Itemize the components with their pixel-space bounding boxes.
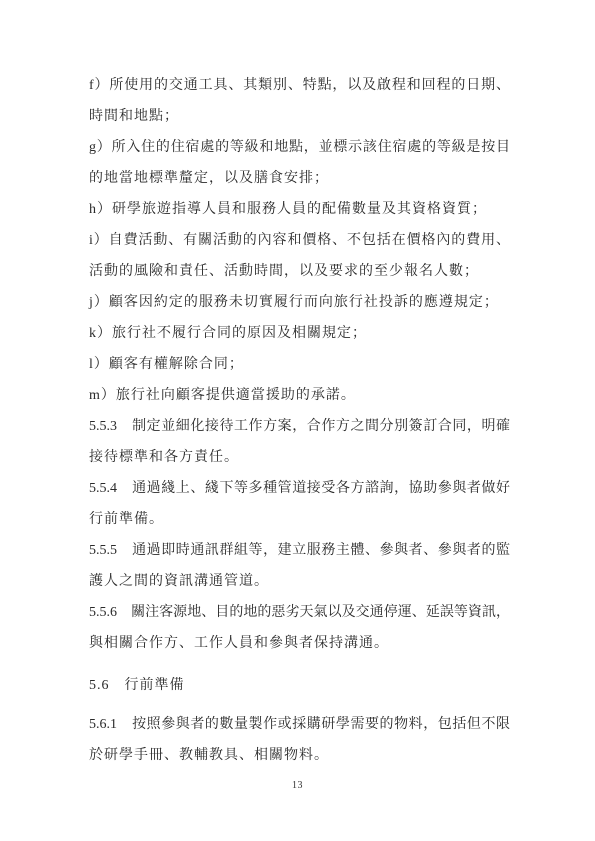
list-item-h: h）研學旅遊指導人員和服務人員的配備數量及其資格資質； <box>89 194 510 225</box>
page-number: 13 <box>0 779 595 793</box>
text-line: 於研學手冊、教輔教具、相關物料。 <box>89 740 510 771</box>
text-line: 5.5.3 制定並細化接待工作方案，合作方之間分別簽訂合同，明確 <box>89 411 510 442</box>
list-item-f: f）所使用的交通工具、其類別、特點，以及啟程和回程的日期、 時間和地點； <box>89 70 510 132</box>
text-line: 行前準備。 <box>89 504 510 535</box>
text-line: 5.6.1 按照參與者的數量製作或採購研學需要的物料，包括但不限 <box>89 709 510 740</box>
text-line: m）旅行社向顧客提供適當援助的承諾。 <box>89 380 510 411</box>
text-line: 與相關合作方、工作人員和參與者保持溝通。 <box>89 628 510 659</box>
clause-5-5-3: 5.5.3 制定並細化接待工作方案，合作方之間分別簽訂合同，明確 接待標準和各方… <box>89 411 510 473</box>
text-line: 護人之間的資訊溝通管道。 <box>89 566 510 597</box>
list-item-l: l）顧客有權解除合同； <box>89 349 510 380</box>
clause-5-5-6: 5.5.6 關注客源地、目的地的惡劣天氣以及交通停運、延誤等資訊， 與相關合作方… <box>89 597 510 659</box>
text-line: i）自費活動、有關活動的內容和價格、不包括在價格內的費用、 <box>89 225 510 256</box>
list-item-i: i）自費活動、有關活動的內容和價格、不包括在價格內的費用、 活動的風險和責任、活… <box>89 225 510 287</box>
clause-5-5-5: 5.5.5 通過即時通訊群組等，建立服務主體、參與者、參與者的監 護人之間的資訊… <box>89 535 510 597</box>
clause-5-6-1: 5.6.1 按照參與者的數量製作或採購研學需要的物料，包括但不限 於研學手冊、教… <box>89 709 510 771</box>
section-heading-5-6: 5.6 行前準備 <box>89 670 510 701</box>
page-body-text: f）所使用的交通工具、其類別、特點，以及啟程和回程的日期、 時間和地點； g）所… <box>89 70 510 771</box>
text-line: h）研學旅遊指導人員和服務人員的配備數量及其資格資質； <box>89 194 510 225</box>
text-line: 5.5.4 通過綫上、綫下等多種管道接受各方諮詢，協助參與者做好 <box>89 473 510 504</box>
list-item-k: k）旅行社不履行合同的原因及相關規定； <box>89 318 510 349</box>
list-item-m: m）旅行社向顧客提供適當援助的承諾。 <box>89 380 510 411</box>
text-line: g）所入住的住宿處的等級和地點，並標示該住宿處的等級是按目 <box>89 132 510 163</box>
list-item-j: j）顧客因約定的服務未切實履行而向旅行社投訴的應遵規定； <box>89 287 510 318</box>
text-line: 時間和地點； <box>89 101 510 132</box>
text-line: l）顧客有權解除合同； <box>89 349 510 380</box>
clause-5-5-4: 5.5.4 通過綫上、綫下等多種管道接受各方諮詢，協助參與者做好 行前準備。 <box>89 473 510 535</box>
text-line: 5.5.5 通過即時通訊群組等，建立服務主體、參與者、參與者的監 <box>89 535 510 566</box>
text-line: 活動的風險和責任、活動時間，以及要求的至少報名人數； <box>89 256 510 287</box>
text-line: 的地當地標準釐定，以及膳食安排； <box>89 163 510 194</box>
text-line: k）旅行社不履行合同的原因及相關規定； <box>89 318 510 349</box>
text-line: f）所使用的交通工具、其類別、特點，以及啟程和回程的日期、 <box>89 70 510 101</box>
list-item-g: g）所入住的住宿處的等級和地點，並標示該住宿處的等級是按目 的地當地標準釐定，以… <box>89 132 510 194</box>
text-line: 接待標準和各方責任。 <box>89 442 510 473</box>
text-line: 5.5.6 關注客源地、目的地的惡劣天氣以及交通停運、延誤等資訊， <box>89 597 510 628</box>
text-line: j）顧客因約定的服務未切實履行而向旅行社投訴的應遵規定； <box>89 287 510 318</box>
text-line: 5.6 行前準備 <box>89 670 510 701</box>
document-page: f）所使用的交通工具、其類別、特點，以及啟程和回程的日期、 時間和地點； g）所… <box>0 0 595 841</box>
